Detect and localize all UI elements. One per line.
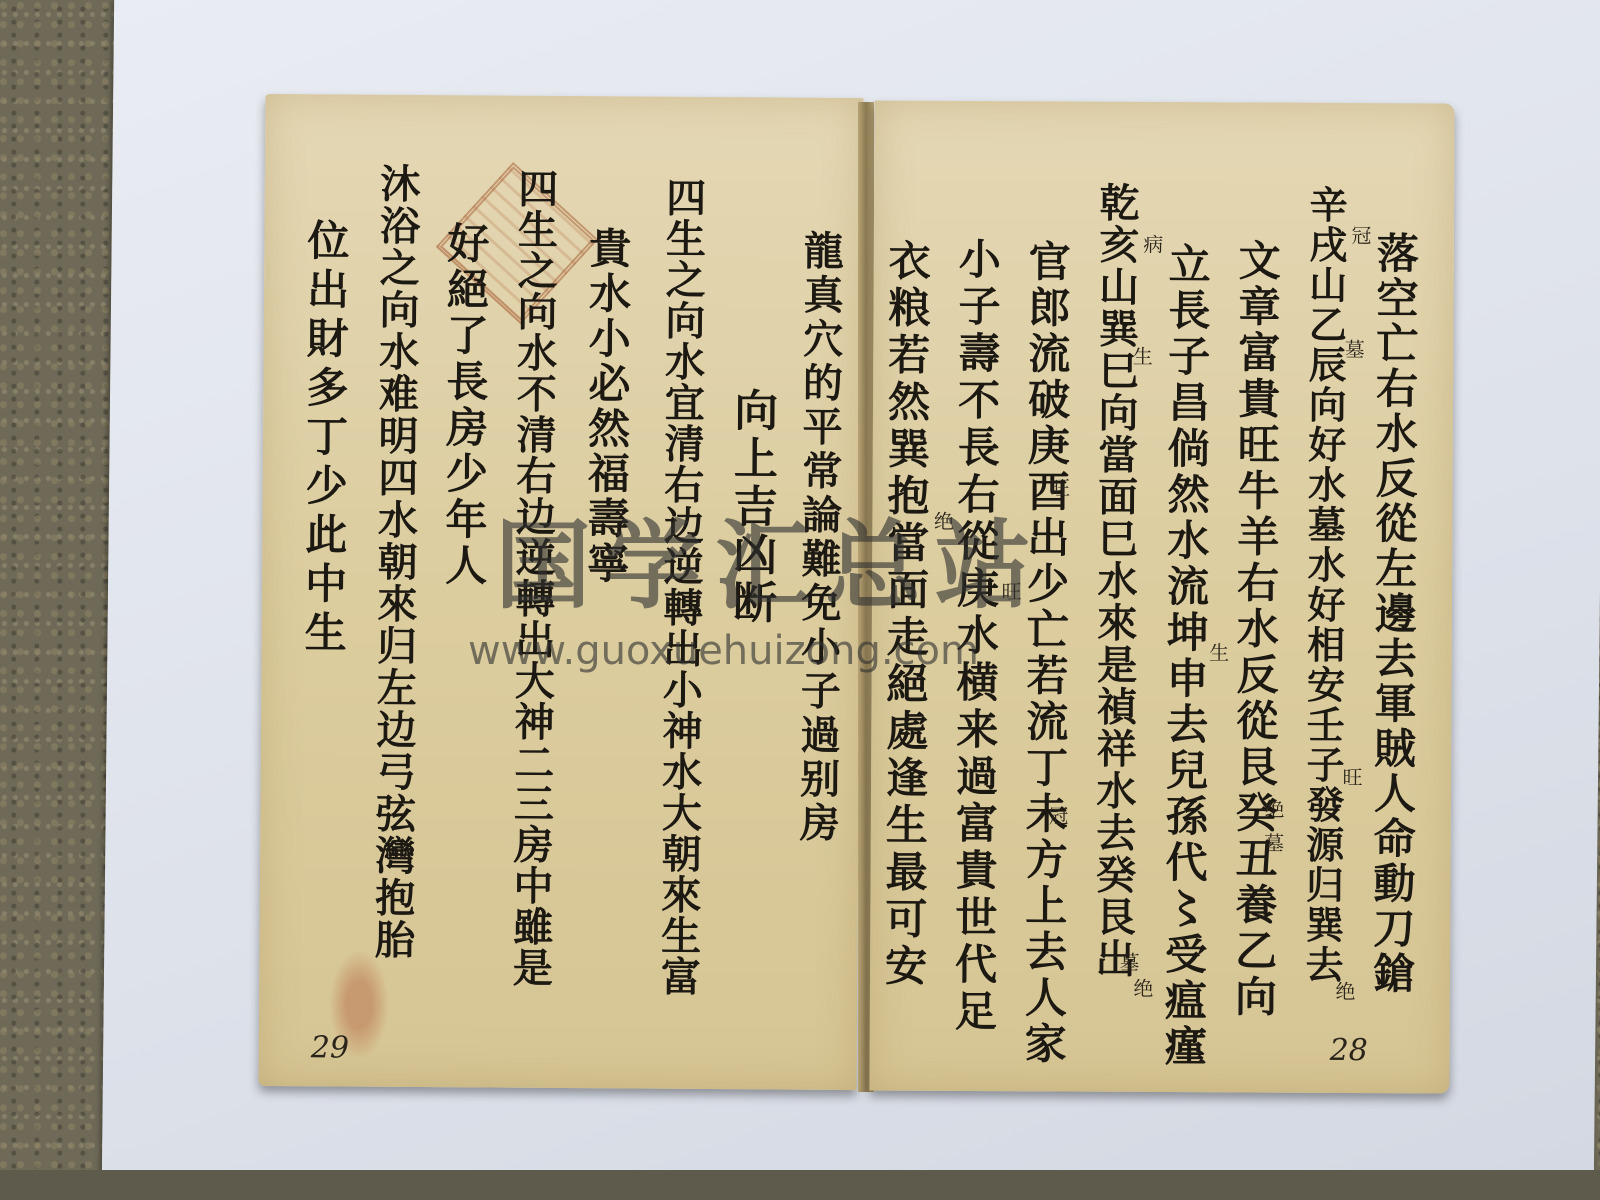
page-number-right: 28 (1330, 1033, 1368, 1068)
left-column-7: 沐浴之向水难明四水朝來归左边弓弦灣抱胎 (371, 163, 417, 961)
annotation-sheng-2: 生 (1131, 346, 1151, 366)
right-column-3: 文章富貴旺牛羊右水反從艮癸丑養乙向 (1232, 238, 1278, 1020)
annotation-mu: 墓 (1343, 339, 1363, 359)
annotation-wang-2: 旺 (1049, 477, 1069, 497)
left-column-8: 位出財多丁少此中生 (302, 218, 347, 659)
annotation-jue: 绝 (1334, 981, 1354, 1001)
right-column-4: 立長子昌倘然水流坤申去兒孫代〻受瘟瘽 (1162, 242, 1208, 1070)
annotation-mu-2: 墓 (1263, 833, 1283, 853)
watermark-chinese: 国学汇总站 (495, 490, 1045, 627)
annotation-wang: 旺 (1341, 767, 1361, 787)
watermark-url: www.guoxuehuizong.com (468, 628, 979, 674)
right-column-5: 乾亥山巽巳向當面巳水來是禎祥水去癸艮出 (1092, 182, 1136, 980)
annotation-guan: 冠 (1350, 225, 1370, 245)
annotation-mu-3: 墓 (1118, 952, 1138, 972)
annotation-sheng: 生 (1208, 642, 1228, 662)
concrete-surface (0, 1170, 1600, 1200)
right-column-6: 官郎流破庚酉出少亡若流丁未方上去人家 (1022, 239, 1068, 1067)
left-column-6: 好絕了長房少年人 (442, 221, 487, 589)
page-number-left: 29 (311, 1030, 349, 1065)
annotation-guan-2: 冠 (1047, 805, 1067, 825)
annotation-jue-2: 绝 (1263, 799, 1283, 819)
right-column-1: 落空亡右水反從左邊去軍賊人命動刀鎗 (1370, 231, 1416, 996)
annotation-bing: 病 (1142, 234, 1162, 254)
right-column-2: 辛戌山乙辰向好水墓水好相安壬子發源归巽去 (1302, 185, 1344, 985)
annotation-jue-3: 绝 (1132, 978, 1152, 998)
